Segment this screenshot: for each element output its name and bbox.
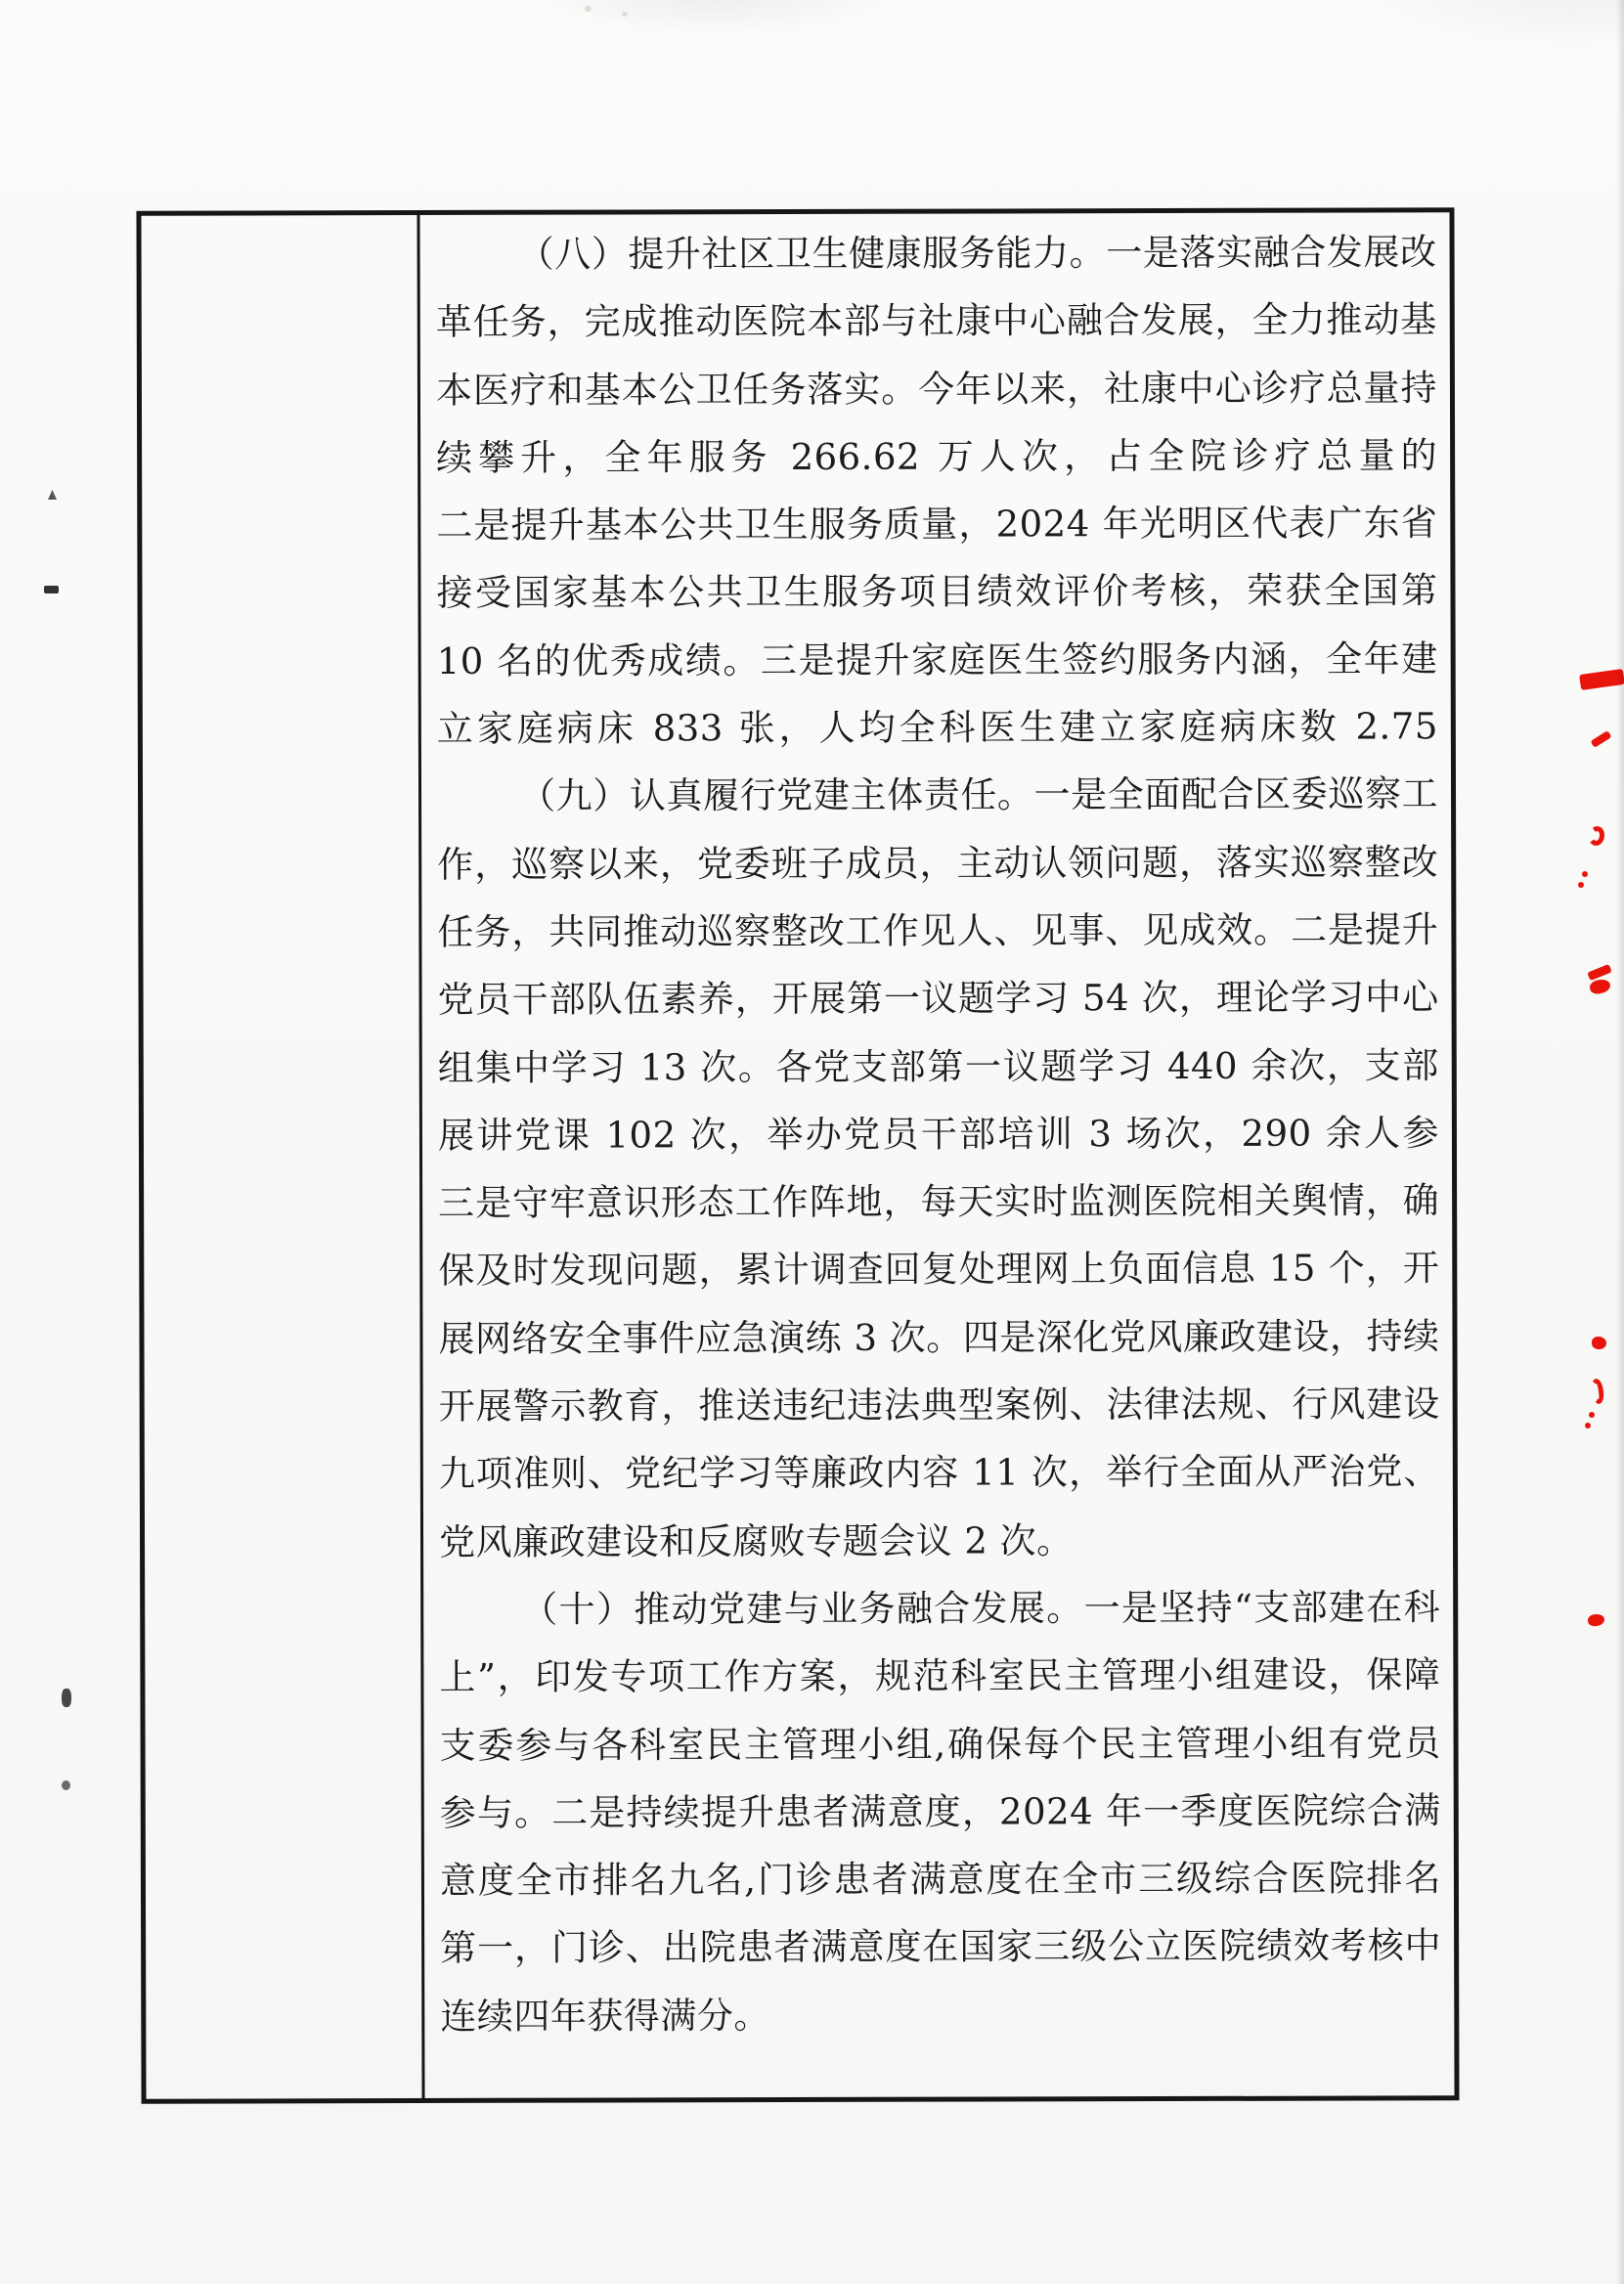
section-9-line: 保及时发现问题，累计调查回复处理网上负面信息 15 个，开	[438, 1235, 1439, 1305]
red-annotation-mark	[1590, 1378, 1605, 1404]
section-10-line: 支委参与各科室民主管理小组,确保每个民主管理小组有党员	[439, 1709, 1440, 1779]
section-10-line: 第一，门诊、出院患者满意度在国家三级公立医院绩效考核中	[440, 1912, 1441, 1983]
section-8-line: 立家庭病床 833 张，人均全科医生建立家庭病床数 2.75 张。	[437, 692, 1438, 763]
section-8-line: 10 名的优秀成绩。三是提升家庭医生签约服务内涵，全年建	[437, 625, 1438, 695]
section-10-line: 参与。二是持续提升患者满意度，2024 年一季度医院综合满	[440, 1777, 1441, 1847]
report-table: （八）提升社区卫生健康服务能力。一是落实融合发展改革任务，完成推动医院本部与社康…	[136, 207, 1459, 2104]
scan-smudge	[528, 0, 900, 37]
section-8-line: 接受国家基本公共卫生服务项目绩效评价考核，荣获全国第	[436, 557, 1437, 628]
section-9-line: 任务，共同推动巡察整改工作见人、见事、见成效。二是提升	[437, 896, 1438, 966]
red-annotation-mark	[1587, 964, 1612, 981]
section-9-line: 三是守牢意识形态工作阵地，每天实时监测医院相关舆情，确	[438, 1166, 1439, 1237]
section-9-line: 展讲党课 102 次，举办党员干部培训 3 场次，290 余人参加。	[438, 1099, 1439, 1169]
section-9-line: 九项准则、党纪学习等廉政内容 11 次，举行全面从严治党、	[439, 1438, 1440, 1509]
pencil-mark	[62, 1780, 70, 1790]
section-9-line: 组集中学习 13 次。各党支部第一议题学习 440 余次，支部开	[438, 1032, 1439, 1102]
red-annotation-mark	[1590, 730, 1611, 748]
red-annotation-mark	[1592, 1337, 1606, 1349]
section-8-line: 革任务，完成推动医院本部与社康中心融合发展，全力推动基	[436, 286, 1437, 357]
section-8-line: 二是提升基本公共卫生服务质量，2024 年光明区代表广东省	[436, 489, 1437, 559]
section-9-line: 党风廉政建设和反腐败专题会议 2 次。	[439, 1506, 1440, 1576]
red-annotation-mark	[1589, 1412, 1595, 1418]
section-10-line: 连续四年获得满分。	[440, 1980, 1441, 2050]
section-8-line: （八）提升社区卫生健康服务能力。一是落实融合发展改	[435, 218, 1436, 288]
section-9-line: 展网络安全事件应急演练 3 次。四是深化党风廉政建设，持续	[438, 1302, 1439, 1373]
red-annotation-mark	[1589, 978, 1612, 996]
section-9-line: （九）认真履行党建主体责任。一是全面配合区委巡察工	[437, 761, 1438, 831]
section-9-line: 党员干部队伍素养，开展第一议题学习 54 次，理论学习中心	[437, 964, 1438, 1034]
section-8-line: 续攀升，全年服务 266.62 万人次，占全院诊疗总量的 56.85%。	[436, 421, 1437, 492]
section-8-line: 本医疗和基本公卫任务落实。今年以来，社康中心诊疗总量持	[436, 354, 1437, 424]
pencil-mark	[44, 586, 59, 593]
section-10-line: （十）推动党建与业务融合发展。一是坚持“支部建在科	[439, 1573, 1440, 1644]
section-10-line: 意度全市排名九名,门诊患者满意度在全市三级综合医院排名	[440, 1844, 1441, 1914]
pencil-mark	[48, 490, 57, 500]
table-left-cell	[141, 215, 421, 2099]
table-right-cell: （八）提升社区卫生健康服务能力。一是落实融合发展改革任务，完成推动医院本部与社康…	[419, 212, 1454, 2098]
section-10-line: 上”，印发专项工作方案，规范科室民主管理小组建设，保障	[439, 1642, 1440, 1712]
scan-smudge	[1370, 0, 1624, 49]
section-9-line: 作，巡察以来，党委班子成员，主动认领问题，落实巡察整改	[437, 828, 1438, 899]
pencil-mark	[62, 1689, 71, 1707]
report-text-column: （八）提升社区卫生健康服务能力。一是落实融合发展改革任务，完成推动医院本部与社康…	[435, 218, 1441, 2050]
red-annotation-mark	[1587, 825, 1605, 847]
page-edge-shadow	[1616, 0, 1624, 2284]
section-9-line: 开展警示教育，推送违纪违法典型案例、法律法规、行风建设	[439, 1370, 1440, 1440]
red-annotation-mark	[1582, 871, 1588, 877]
red-annotation-mark	[1587, 1613, 1605, 1628]
scanned-page: （八）提升社区卫生健康服务能力。一是落实融合发展改革任务，完成推动医院本部与社康…	[0, 0, 1624, 2284]
